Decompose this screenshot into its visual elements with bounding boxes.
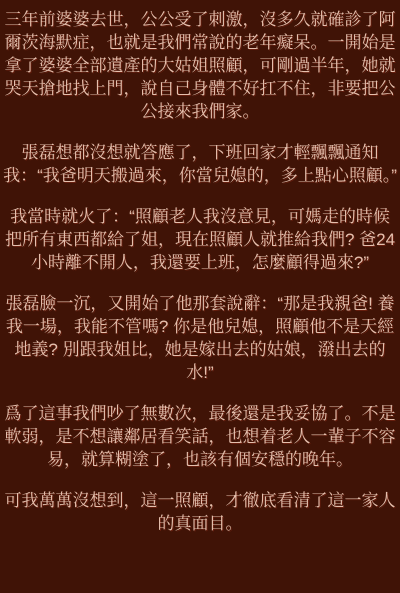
story-paragraph-2: 張磊想都沒想就答應了，下班回家才輕飄飄通知我：“我爸明天搬過來，你當兒媳的，多上…	[2, 141, 398, 187]
story-page: 三年前婆婆去世，公公受了刺激，沒多久就確診了阿爾茨海默症，也就是我們常說的老年癡…	[0, 0, 400, 593]
story-paragraph-3: 我當時就火了：“照顧老人我沒意見，可媽走的時候把所有東西都給了姐，現在照顧人就推…	[2, 205, 398, 274]
story-paragraph-6: 可我萬萬沒想到，這一照顧，才徹底看清了這一家人的真面目。	[2, 489, 398, 535]
reader-body: { "theme": { "background_color": "#40130…	[0, 0, 400, 593]
story-paragraph-1: 三年前婆婆去世，公公受了刺激，沒多久就確診了阿爾茨海默症，也就是我們常說的老年癡…	[2, 8, 398, 123]
story-paragraph-4: 張磊臉一沉，又開始了他那套說辭：“那是我親爸! 養我一場，我能不管嗎? 你是他兒…	[2, 292, 398, 384]
story-paragraph-5: 爲了這事我們吵了無數次，最後還是我妥協了。不是軟弱，是不想讓鄰居看笑話，也想着老…	[2, 402, 398, 471]
